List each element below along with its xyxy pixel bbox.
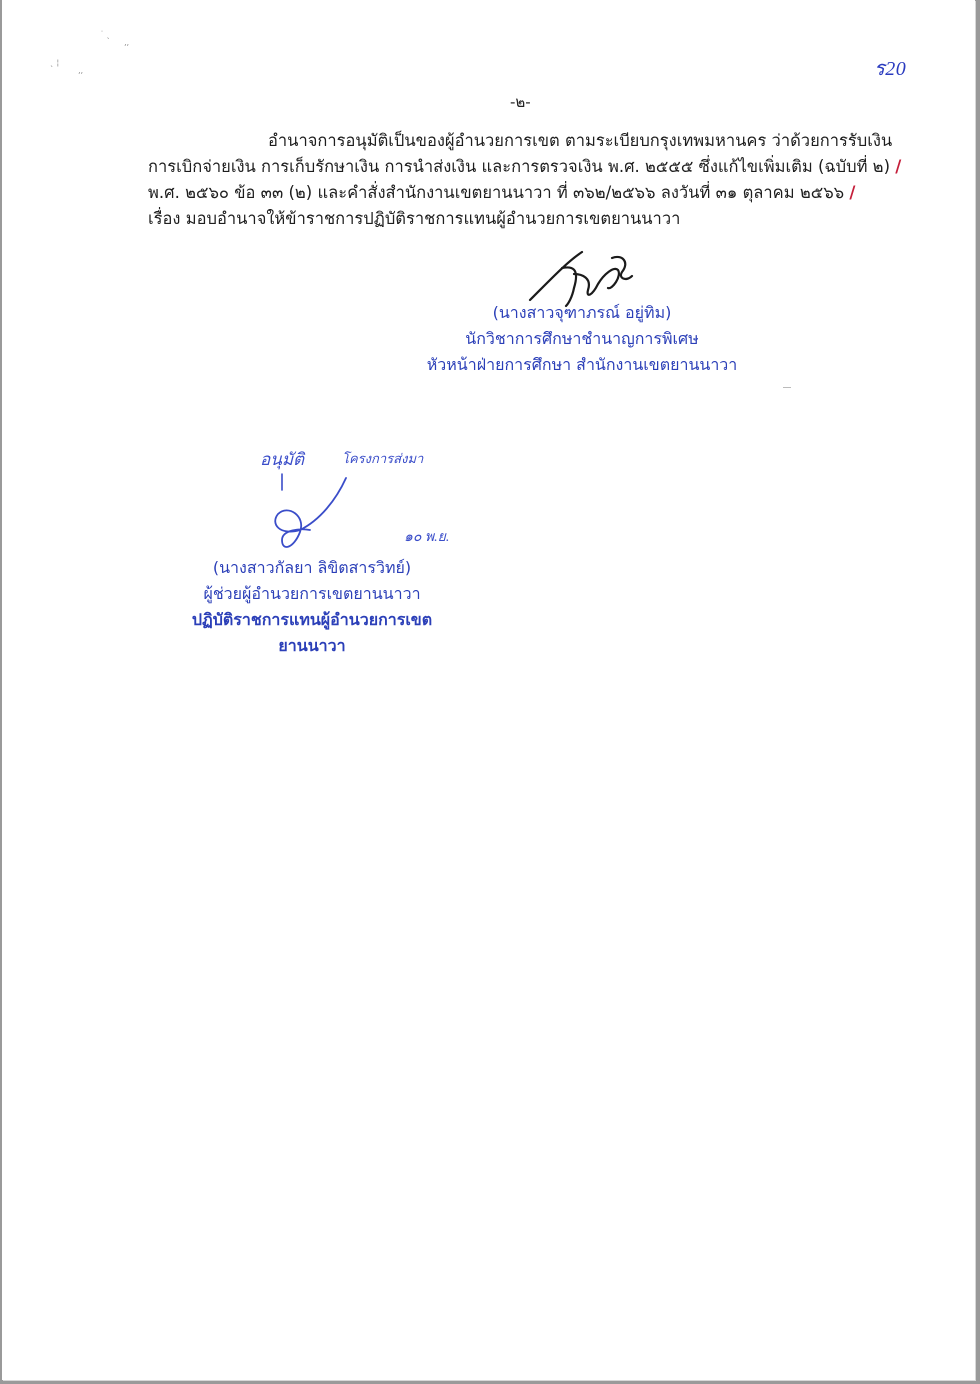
paragraph-line-4: เรื่อง มอบอำนาจให้ข้าราชการปฏิบัติราชการ…: [148, 206, 888, 232]
review-check-mark: /: [849, 183, 855, 202]
signatory-2-title: ปฏิบัติราชการแทนผู้อำนวยการเขตยานนาวา: [162, 607, 462, 659]
scan-mark: [783, 387, 791, 388]
signature-2-icon: [260, 470, 380, 560]
paragraph-line-2: การเบิกจ่ายเงิน การเก็บรักษาเงิน การนำส่…: [148, 154, 888, 180]
page-number: -๒-: [510, 90, 531, 114]
signatory-1-block: (นางสาวจุฑาภรณ์ อยู่ทิม) นักวิชาการศึกษา…: [422, 300, 742, 378]
approval-detail: โครงการส่งมา: [342, 448, 423, 469]
paragraph-line-3: พ.ศ. ๒๕๖๐ ข้อ ๓๓ (๒) และคำสั่งสำนักงานเข…: [148, 180, 888, 206]
signature-1-icon: [522, 248, 642, 308]
signatory-2-position: ผู้ช่วยผู้อำนวยการเขตยานนาวา: [162, 581, 462, 607]
paragraph-line-1: อำนาจการอนุมัติเป็นของผู้อำนวยการเขต ตาม…: [148, 128, 888, 154]
body-paragraph: อำนาจการอนุมัติเป็นของผู้อำนวยการเขต ตาม…: [148, 128, 888, 232]
signatory-1-name: (นางสาวจุฑาภรณ์ อยู่ทิม): [422, 300, 742, 326]
approval-date: ๑๐ พ.ย.: [404, 526, 449, 548]
scan-specks: ˙ ˎ ‚‚ ˎ ¦ ‚‚: [42, 30, 142, 80]
approval-word: อนุมัติ: [260, 446, 304, 473]
signatory-2-name: (นางสาวกัลยา ลิขิตสารวิทย์): [162, 555, 462, 581]
signatory-1-position: นักวิชาการศึกษาชำนาญการพิเศษ: [422, 326, 742, 352]
document-page: ˙ ˎ ‚‚ ˎ ¦ ‚‚ ร20 -๒- อำนาจการอนุมัติเป็…: [2, 0, 975, 1380]
folio-number: ร20: [874, 52, 906, 84]
signatory-1-title: หัวหน้าฝ่ายการศึกษา สำนักงานเขตยานนาวา: [422, 352, 742, 378]
review-check-mark: /: [895, 157, 901, 176]
signatory-2-block: (นางสาวกัลยา ลิขิตสารวิทย์) ผู้ช่วยผู้อำ…: [162, 555, 462, 659]
